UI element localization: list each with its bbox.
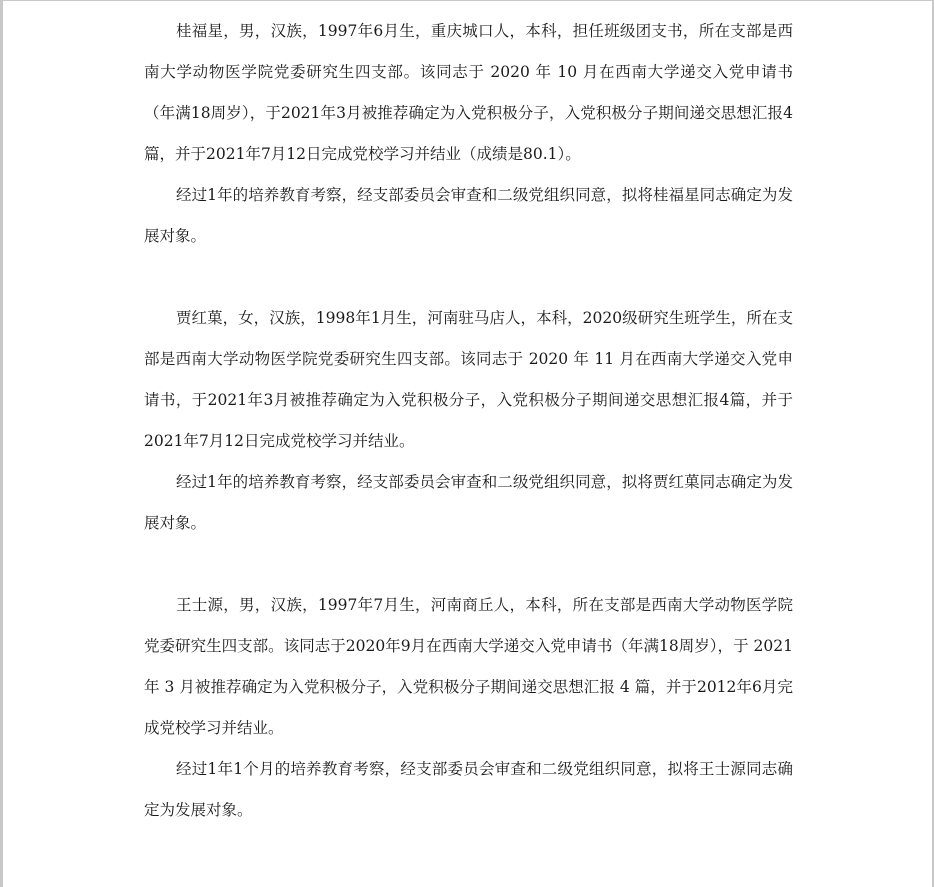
- candidate-conclusion-paragraph: 经过1年1个月的培养教育考察，经支部委员会审查和二级党组织同意，拟将王士源同志确…: [144, 749, 793, 831]
- candidate-profile-paragraph: 王士源，男，汉族，1997年7月生，河南商丘人，本科，所在支部是西南大学动物医学…: [144, 585, 793, 749]
- candidate-profile-paragraph: 桂福星，男，汉族，1997年6月生，重庆城口人，本科，担任班级团支书，所在支部是…: [144, 11, 793, 175]
- document-viewport[interactable]: 桂福星，男，汉族，1997年6月生，重庆城口人，本科，担任班级团支书，所在支部是…: [0, 0, 934, 887]
- document-page: 桂福星，男，汉族，1997年6月生，重庆城口人，本科，担任班级团支书，所在支部是…: [3, 1, 932, 887]
- candidate-conclusion-paragraph: 经过1年的培养教育考察，经支部委员会审查和二级党组织同意，拟将桂福星同志确定为发…: [144, 175, 793, 257]
- candidate-section-3: 王士源，男，汉族，1997年7月生，河南商丘人，本科，所在支部是西南大学动物医学…: [144, 585, 793, 831]
- section-spacer: [144, 257, 793, 298]
- candidate-section-1: 桂福星，男，汉族，1997年6月生，重庆城口人，本科，担任班级团支书，所在支部是…: [144, 11, 793, 257]
- section-spacer: [144, 544, 793, 585]
- document-body: 桂福星，男，汉族，1997年6月生，重庆城口人，本科，担任班级团支书，所在支部是…: [144, 11, 793, 831]
- candidate-section-2: 贾红菓，女，汉族，1998年1月生，河南驻马店人，本科，2020级研究生班学生，…: [144, 298, 793, 544]
- candidate-profile-paragraph: 贾红菓，女，汉族，1998年1月生，河南驻马店人，本科，2020级研究生班学生，…: [144, 298, 793, 462]
- candidate-conclusion-paragraph: 经过1年的培养教育考察，经支部委员会审查和二级党组织同意，拟将贾红菓同志确定为发…: [144, 462, 793, 544]
